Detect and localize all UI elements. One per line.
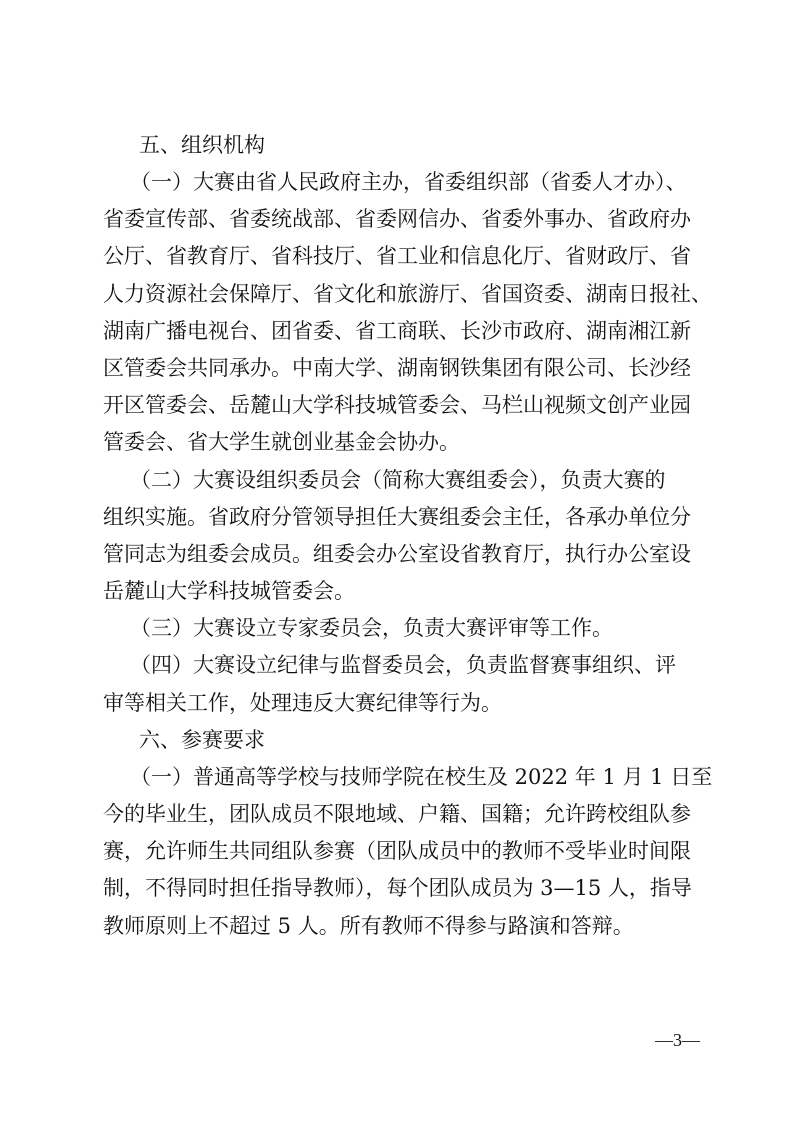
text-line: 组织实施。省政府分管领导担任大赛组委会主任，各承办单位分	[103, 499, 697, 536]
text-line: （二）大赛设组织委员会（简称大赛组委会），负责大赛的	[103, 462, 697, 499]
text-line: 岳麓山大学科技城管委会。	[103, 573, 697, 610]
document-page: 五、组织机构 （一）大赛由省人民政府主办，省委组织部（省委人才办）、 省委宣传部…	[0, 0, 793, 1122]
text-line: 教师原则上不超过 5 人。所有教师不得参与路演和答辩。	[103, 908, 697, 945]
text-line: （一）普通高等学校与技师学院在校生及 2022 年 1 月 1 日至	[103, 759, 697, 796]
section-heading-organization: 五、组织机构	[103, 127, 699, 164]
text-line: 审等相关工作，处理违反大赛纪律等行为。	[103, 685, 697, 722]
text-line: 制，不得同时担任指导教师），每个团队成员为 3—15 人，指导	[103, 870, 697, 907]
text-line: 公厅、省教育厅、省科技厅、省工业和信息化厅、省财政厅、省	[103, 238, 697, 275]
text-line: 管委会、省大学生就创业基金会协办。	[103, 424, 697, 461]
text-line: （三）大赛设立专家委员会，负责大赛评审等工作。	[103, 610, 697, 647]
text-line: 湖南广播电视台、团省委、省工商联、长沙市政府、湖南湘江新	[103, 313, 697, 350]
text-line: 人力资源社会保障厅、省文化和旅游厅、省国资委、湖南日报社、	[103, 276, 697, 313]
text-line: 省委宣传部、省委统战部、省委网信办、省委外事办、省政府办	[103, 201, 697, 238]
paragraph-discipline-committee: （四）大赛设立纪律与监督委员会，负责监督赛事组织、评 审等相关工作，处理违反大赛…	[103, 647, 699, 721]
text-line: 管同志为组委会成员。组委会办公室设省教育厅，执行办公室设	[103, 536, 697, 573]
paragraph-expert-committee: （三）大赛设立专家委员会，负责大赛评审等工作。	[103, 610, 699, 647]
paragraph-organizers: （一）大赛由省人民政府主办，省委组织部（省委人才办）、 省委宣传部、省委统战部、…	[103, 164, 699, 462]
text-line: 开区管委会、岳麓山大学科技城管委会、马栏山视频文创产业园	[103, 387, 697, 424]
text-line: 区管委会共同承办。中南大学、湖南钢铁集团有限公司、长沙经	[103, 350, 697, 387]
page-number: —3—	[655, 1030, 700, 1051]
text-line: （一）大赛由省人民政府主办，省委组织部（省委人才办）、	[103, 164, 697, 201]
text-line: （四）大赛设立纪律与监督委员会，负责监督赛事组织、评	[103, 647, 697, 684]
paragraph-committee: （二）大赛设组织委员会（简称大赛组委会），负责大赛的 组织实施。省政府分管领导担…	[103, 462, 699, 611]
paragraph-eligibility: （一）普通高等学校与技师学院在校生及 2022 年 1 月 1 日至 今的毕业生…	[103, 759, 699, 945]
text-line: 赛，允许师生共同组队参赛（团队成员中的教师不受毕业时间限	[103, 833, 697, 870]
text-line: 今的毕业生，团队成员不限地域、户籍、国籍；允许跨校组队参	[103, 796, 697, 833]
document-body: 五、组织机构 （一）大赛由省人民政府主办，省委组织部（省委人才办）、 省委宣传部…	[103, 127, 699, 945]
section-heading-requirements: 六、参赛要求	[103, 722, 699, 759]
